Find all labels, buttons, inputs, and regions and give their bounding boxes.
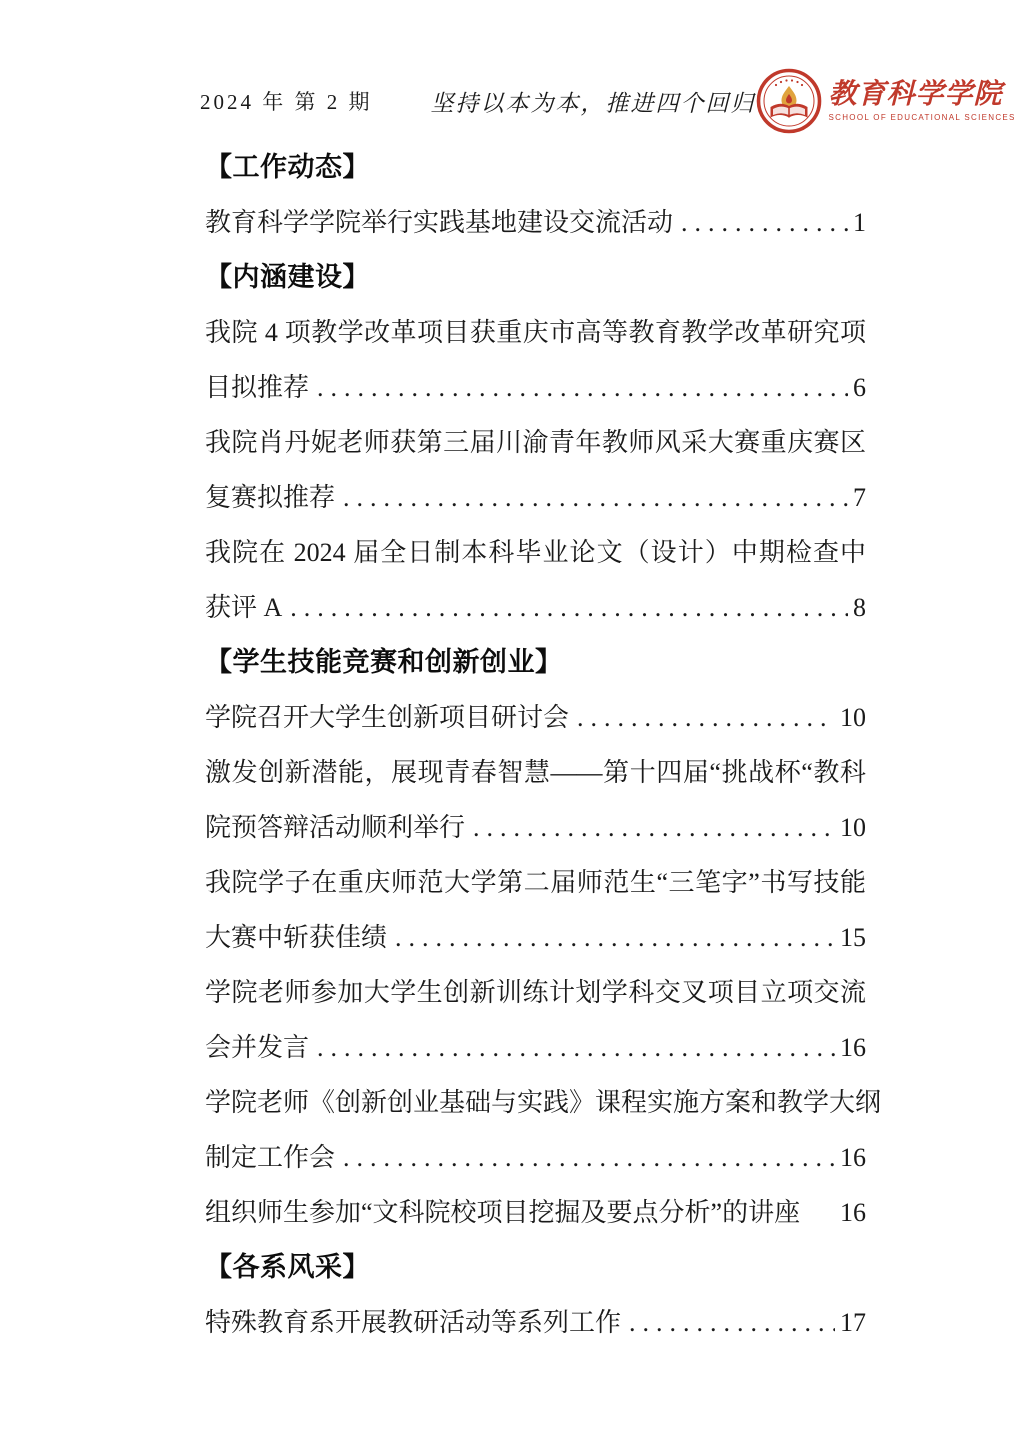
book-flame-emblem-icon <box>756 68 822 134</box>
motto-label: 坚持以本为本，推进四个回归 <box>431 85 756 118</box>
toc-entry: 组织师生参加“文科院校项目挖掘及要点分析”的讲座16 <box>205 1185 866 1240</box>
college-name-en: SCHOOL OF EDUCATIONAL SCIENCES <box>829 113 1016 122</box>
toc-entry-title: 大赛中斩获佳绩 <box>205 910 387 965</box>
toc-entry-line: 学院老师参加大学生创新训练计划学科交叉项目立项交流 <box>205 965 866 1020</box>
toc-entry-title: 制定工作会 <box>205 1130 335 1185</box>
toc-entry-line: 复赛拟推荐...................................… <box>205 470 866 525</box>
toc-entry: 学院老师《创新创业基础与实践》课程实施方案和教学大纲制定工作会.........… <box>205 1075 866 1185</box>
dot-leader: ........................................… <box>309 360 848 415</box>
dot-leader: ........................................… <box>335 470 848 525</box>
toc-page-number: 15 <box>835 910 866 965</box>
toc-page-number: 16 <box>835 1185 866 1240</box>
toc-entry-line: 院预答辩活动顺利举行..............................… <box>205 800 866 855</box>
dot-leader: ........................................… <box>673 195 848 250</box>
toc-entry-title: 院预答辩活动顺利举行 <box>205 800 465 855</box>
dot-leader: ........................................… <box>282 580 848 635</box>
toc-entry-line: 特殊教育系开展教研活动等系列工作........................… <box>205 1295 866 1350</box>
toc-entry-title: 目拟推荐 <box>205 360 309 415</box>
issue-label: 2024 年 第 2 期 <box>200 86 373 116</box>
page-header: 2024 年 第 2 期 坚持以本为本，推进四个回归 <box>200 66 912 136</box>
college-name-block: 教育科学学院 SCHOOL OF EDUCATIONAL SCIENCES <box>829 80 1016 122</box>
toc-entry: 我院肖丹妮老师获第三届川渝青年教师风采大赛重庆赛区复赛拟推荐..........… <box>205 415 866 525</box>
toc-entry: 激发创新潜能，展现青春智慧——第十四届“挑战杯“教科院预答辩活动顺利举行....… <box>205 745 866 855</box>
toc-entry: 我院 4 项教学改革项目获重庆市高等教育教学改革研究项目拟推荐.........… <box>205 305 866 415</box>
toc-entry-line: 目拟推荐....................................… <box>205 360 866 415</box>
toc-entry-title: 会并发言 <box>205 1020 309 1075</box>
newsletter-toc-page: 2024 年 第 2 期 坚持以本为本，推进四个回归 <box>0 0 1024 1448</box>
college-name: 教育科学学院 <box>829 80 1016 111</box>
dot-leader: ........................................… <box>465 800 835 855</box>
toc-page-number: 10 <box>835 800 866 855</box>
toc-entry: 我院学子在重庆师范大学第二届师范生“三笔字”书写技能大赛中斩获佳绩.......… <box>205 855 866 965</box>
toc-entry-line: 获评 A....................................… <box>205 580 866 635</box>
college-logo: 教育科学学院 SCHOOL OF EDUCATIONAL SCIENCES <box>756 68 1016 134</box>
section-heading: 【各系风采】 <box>205 1240 866 1295</box>
toc-page-number: 16 <box>835 1130 866 1185</box>
toc-page-number: 17 <box>835 1295 866 1350</box>
toc-entry-line: 组织师生参加“文科院校项目挖掘及要点分析”的讲座16 <box>205 1185 866 1240</box>
toc-entry-line: 大赛中斩获佳绩.................................… <box>205 910 866 965</box>
toc-entry-line: 我院在 2024 届全日制本科毕业论文（设计）中期检查中 <box>205 525 866 580</box>
toc-page-number: 8 <box>848 580 866 635</box>
toc-entry-title: 教育科学学院举行实践基地建设交流活动 <box>205 195 673 250</box>
toc-page-number: 6 <box>848 360 866 415</box>
toc-page-number: 10 <box>835 690 866 745</box>
toc-entry-line: 我院肖丹妮老师获第三届川渝青年教师风采大赛重庆赛区 <box>205 415 866 470</box>
toc-entry-line: 教育科学学院举行实践基地建设交流活动......................… <box>205 195 866 250</box>
toc-entry-line: 学院老师《创新创业基础与实践》课程实施方案和教学大纲 <box>205 1075 866 1130</box>
toc-entry-title: 获评 A <box>205 580 282 635</box>
toc-page-number: 16 <box>835 1020 866 1075</box>
section-heading: 【工作动态】 <box>205 140 866 195</box>
dot-leader: ........................................… <box>335 1130 835 1185</box>
toc-entry-line: 我院 4 项教学改革项目获重庆市高等教育教学改革研究项 <box>205 305 866 360</box>
dot-leader: ........................................… <box>569 690 835 745</box>
toc-entry-title: 学院召开大学生创新项目研讨会 <box>205 690 569 745</box>
dot-leader: ........................................… <box>621 1295 835 1350</box>
toc-entry: 学院召开大学生创新项目研讨会..........................… <box>205 690 866 745</box>
toc-page-number: 1 <box>848 195 866 250</box>
section-heading: 【内涵建设】 <box>205 250 866 305</box>
toc-entry-title: 特殊教育系开展教研活动等系列工作 <box>205 1295 621 1350</box>
dot-leader: ........................................… <box>309 1020 835 1075</box>
toc-entry: 教育科学学院举行实践基地建设交流活动......................… <box>205 195 866 250</box>
section-heading: 【学生技能竞赛和创新创业】 <box>205 635 866 690</box>
dot-leader: ........................................… <box>387 910 835 965</box>
toc-entry: 我院在 2024 届全日制本科毕业论文（设计）中期检查中获评 A........… <box>205 525 866 635</box>
toc-entry-line: 学院召开大学生创新项目研讨会..........................… <box>205 690 866 745</box>
toc-entry-line: 我院学子在重庆师范大学第二届师范生“三笔字”书写技能 <box>205 855 866 910</box>
toc-entry-title: 组织师生参加“文科院校项目挖掘及要点分析”的讲座 <box>205 1185 800 1240</box>
toc-entry-line: 制定工作会...................................… <box>205 1130 866 1185</box>
toc-entry-line: 激发创新潜能，展现青春智慧——第十四届“挑战杯“教科 <box>205 745 866 800</box>
toc-entry: 特殊教育系开展教研活动等系列工作........................… <box>205 1295 866 1350</box>
toc-entry-line: 会并发言....................................… <box>205 1020 866 1075</box>
toc: 【工作动态】教育科学学院举行实践基地建设交流活动................… <box>205 140 866 1350</box>
toc-page-number: 7 <box>848 470 866 525</box>
toc-entry-title: 复赛拟推荐 <box>205 470 335 525</box>
toc-entry: 学院老师参加大学生创新训练计划学科交叉项目立项交流会并发言...........… <box>205 965 866 1075</box>
